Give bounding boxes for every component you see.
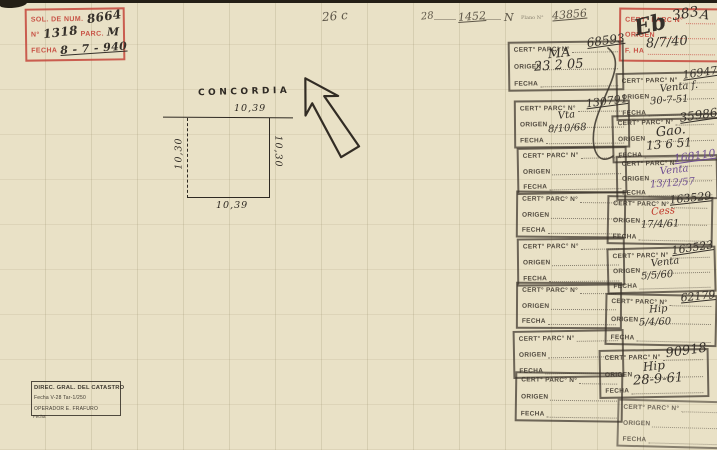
- parc-label: PARC.: [81, 31, 104, 38]
- catastro-office-stamp: DIREC. GRAL. DEL CATASTRO Fecha V-28 Tar…: [31, 381, 121, 416]
- fecha-label: FECHA: [520, 137, 544, 144]
- stamp-row: CERT° PARC° N°: [522, 195, 620, 204]
- stamp-row: FECHA: [523, 181, 621, 191]
- fecha-hw: 30-7-51: [650, 95, 689, 108]
- origen-label: ORIGEN: [523, 168, 551, 175]
- cert-parc-stamp: CERT° PARC° N° ORIGEN FECHA 163523 Venta…: [606, 246, 716, 295]
- fecha-label: FECHA: [521, 410, 545, 417]
- stamp-row: CERT° PARC° N°: [519, 333, 618, 343]
- stamp-row: ORIGEN: [522, 210, 620, 219]
- stamp-row: FECHA: [521, 409, 617, 418]
- origen-label: ORIGEN: [520, 121, 548, 128]
- origen-hw: Cess: [651, 206, 675, 218]
- stamp-row: ORIGEN: [523, 166, 621, 176]
- north-arrow-icon: [279, 62, 376, 171]
- origen-label: ORIGEN: [522, 302, 549, 309]
- fecha-value: 8 - 7 - 940: [60, 40, 128, 55]
- stamp-row: CERT° PARC° N°: [522, 286, 616, 294]
- pencil-note: 1452: [458, 10, 487, 23]
- fecha-label: FECHA: [522, 227, 546, 234]
- fecha-label: FECHA: [622, 436, 646, 444]
- origen-label: ORIGEN: [613, 217, 641, 224]
- fecha-hw: 5/4/60: [639, 317, 671, 328]
- office-operador-line: OPERADOR E. FRAFURO: [34, 406, 118, 412]
- origen-hw: Hip: [649, 304, 668, 315]
- cert-label: CERT° PARC° N°: [523, 152, 579, 160]
- cert-parc-stamp: CERT° PARC° N° ORIGEN FECHA 62179 Hip 5/…: [604, 293, 717, 347]
- fecha-label: FECHA: [613, 233, 637, 240]
- fecha-label: FECHA: [514, 80, 538, 87]
- stamp-row: ORIGEN: [623, 419, 717, 430]
- office-name: DIREC. GRAL. DEL CATASTRO: [34, 385, 118, 391]
- scan-edge-top: [0, 0, 717, 3]
- pencil-note: 26 c: [322, 9, 349, 23]
- dimension-top: 10,39: [234, 103, 266, 114]
- origen-label: ORIGEN: [611, 316, 639, 324]
- origen-label: ORIGEN: [613, 268, 641, 276]
- fecha-label: FECHA: [31, 47, 57, 54]
- parcel-outline: [187, 118, 270, 198]
- pencil-note: N: [504, 12, 514, 23]
- sol-num-value: 8664: [86, 8, 122, 25]
- sol-de-num-stamp: SOL. DE NUM. 8664 N° 1318 PARC. M FECHA …: [25, 7, 126, 61]
- origen-label: ORIGEN: [522, 211, 550, 218]
- cert-number-hw: 68593: [586, 32, 625, 49]
- cert-parc-stamp: CERT° PARC° N° ORIGEN FECHA 163529 Cess …: [607, 195, 714, 246]
- stamp-row: FECHA: [622, 435, 717, 446]
- stamp-row: ORIGEN: [523, 257, 619, 266]
- plano-number: 43856: [552, 7, 588, 21]
- parcel-no-value: 1318: [42, 25, 78, 41]
- stamp-row: FECHA: [514, 78, 618, 87]
- fecha-hw: 23 2 05: [534, 57, 584, 73]
- cert-parc-stamp: CERT° PARC° N° ORIGEN FECHA 90918 Hip 28…: [599, 348, 710, 399]
- origen-label: ORIGEN: [622, 175, 650, 182]
- origen-label: ORIGEN: [519, 351, 547, 358]
- origen-label: ORIGEN: [623, 420, 651, 428]
- stamp-row: ORIGEN: [522, 301, 616, 309]
- pencil-note: 28: [421, 11, 435, 22]
- catastro-card: SOL. DE NUM. 8664 N° 1318 PARC. M FECHA …: [0, 0, 717, 450]
- fecha-label: FECHA: [613, 283, 637, 291]
- parcel-no-label: N°: [31, 32, 40, 39]
- origen-label: ORIGEN: [618, 136, 646, 144]
- cert-label: CERT° PARC° N°: [522, 196, 578, 203]
- cert-parc-stamp: CERT° PARC° N° ORIGEN FECHA: [517, 146, 628, 195]
- stamp-row: FECHA: [522, 317, 616, 325]
- stamp-row: FECHA 8 - 7 - 940: [31, 44, 119, 54]
- origen-label: ORIGEN: [622, 93, 650, 101]
- fecha-hw: 13 6 51: [646, 136, 693, 152]
- dimension-right: 10,30: [273, 135, 284, 167]
- stamp-row: FECHA: [613, 280, 710, 291]
- origen-label: ORIGEN: [521, 393, 549, 400]
- origen-label: ORIGEN: [605, 371, 633, 378]
- stamp-row: FECHA: [522, 226, 620, 235]
- cert-label: CERT° PARC° N°: [522, 287, 578, 294]
- stamp-row: N° 1318 PARC. M: [31, 29, 119, 39]
- cert-parc-stamp: CERT° PARC° N° ORIGEN FECHA 68593 MA 23 …: [508, 40, 625, 92]
- ink-flourish: A: [699, 8, 710, 22]
- dimension-bottom: 10,39: [216, 200, 248, 211]
- scan-edge-corner: [0, 0, 27, 8]
- origen-label: ORIGEN: [523, 259, 551, 266]
- cert-label: CERT° PARC° N°: [523, 243, 579, 251]
- plano-label: Plano N°: [521, 16, 544, 21]
- cert-label: CERT° PARC° N°: [519, 335, 575, 343]
- dotted-leader: [483, 19, 501, 20]
- cert-label: CERT° PARC° N°: [521, 376, 577, 384]
- stamp-row: FECHA: [520, 136, 624, 145]
- street-name-label: CONCORDIA: [198, 86, 290, 98]
- fecha-hw: 17/4/61: [641, 219, 680, 230]
- stamp-row: CERT° PARC° N°: [523, 150, 621, 160]
- fecha-label: FECHA: [522, 318, 546, 325]
- stamp-row: CERT° PARC° N°: [623, 403, 717, 414]
- office-fecha-line: Fecha V-28 Tar-1/250: [34, 395, 118, 401]
- cert-date-hw: 8/7/40: [646, 35, 689, 51]
- fecha-hw: 28-9-61: [633, 371, 684, 387]
- origen-hw: Vta: [557, 110, 575, 122]
- dimension-left: 10,30: [174, 137, 185, 169]
- fecha-label: FECHA: [611, 334, 635, 341]
- office-footnote: Fecha: [33, 414, 46, 419]
- dotted-leader: [434, 19, 456, 20]
- fecha-label: FECHA: [605, 387, 629, 394]
- fecha-hw: 8/10/68: [548, 123, 587, 135]
- cert-number-hw: 62179: [680, 289, 716, 303]
- cert-parc-stamp: CERT° PARC° N° ORIGEN FECHA: [616, 399, 717, 450]
- parc-value: M: [107, 27, 120, 38]
- cert-label: CERT° PARC° N°: [623, 404, 679, 412]
- stamp-row: CERT° PARC° N°: [523, 241, 619, 250]
